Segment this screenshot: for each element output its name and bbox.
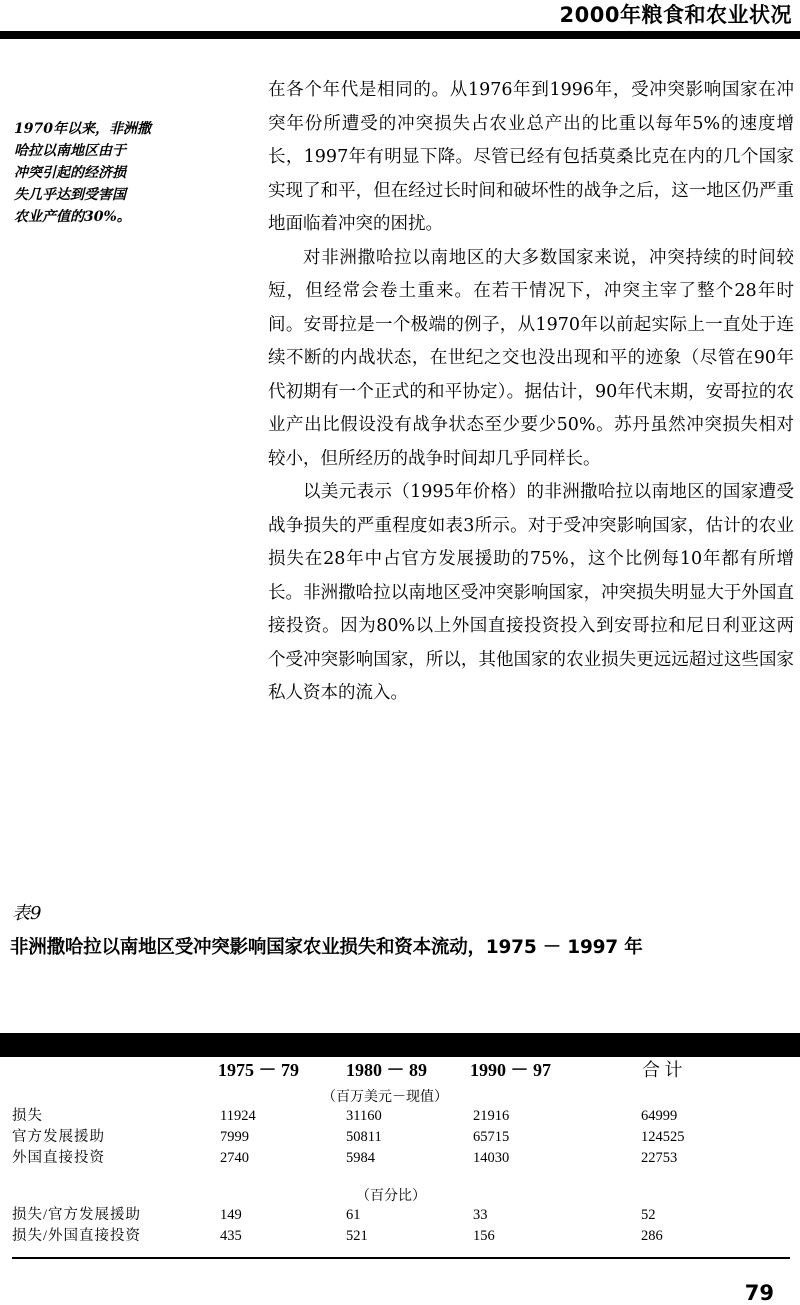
paragraph-2: 对非洲撒哈拉以南地区的大多数国家来说，冲突持续的时间较短，但经常会卷土重来。在若… bbox=[268, 242, 794, 477]
cell: 2740 bbox=[220, 1150, 249, 1166]
table-title: 非洲撒哈拉以南地区受冲突影响国家农业损失和资本流动，1975 － 1997 年 bbox=[10, 934, 800, 962]
cell: 5984 bbox=[346, 1150, 375, 1166]
table-top-bar bbox=[0, 1033, 800, 1057]
cell: 7999 bbox=[220, 1129, 249, 1145]
cell: 33 bbox=[473, 1207, 488, 1223]
cell: 11924 bbox=[220, 1108, 256, 1124]
cell: 149 bbox=[220, 1207, 242, 1223]
cell: 21916 bbox=[473, 1108, 509, 1124]
body-text: 在各个年代是相同的。从1976年到1996年，受冲突影响国家在冲突年份所遭受的冲… bbox=[268, 74, 794, 711]
table-label: 表9 bbox=[12, 902, 41, 926]
cell: 156 bbox=[473, 1228, 495, 1244]
table-bottom-rule bbox=[12, 1257, 790, 1259]
unit-label-values: （百万美元－现值） bbox=[322, 1089, 448, 1107]
row-label: 外国直接投资 bbox=[12, 1150, 105, 1166]
margin-note-line: 农业产值的30%。 bbox=[14, 206, 184, 228]
row-label: 损失/官方发展援助 bbox=[12, 1207, 141, 1223]
column-header: 1980 － 89 bbox=[346, 1059, 427, 1081]
table-row: 损失/官方发展援助 149 61 33 52 bbox=[0, 1207, 800, 1227]
page-number: 79 bbox=[745, 1281, 774, 1305]
row-label: 官方发展援助 bbox=[12, 1129, 105, 1145]
column-header: 1990 － 97 bbox=[470, 1059, 551, 1081]
cell: 22753 bbox=[641, 1150, 677, 1166]
margin-note-line: 1970年以来，非洲撒 bbox=[14, 118, 184, 140]
header-rule bbox=[0, 31, 800, 39]
cell: 65715 bbox=[473, 1129, 509, 1145]
row-label: 损失 bbox=[12, 1108, 43, 1124]
unit-label-ratios: （百分比） bbox=[356, 1188, 426, 1206]
cell: 50811 bbox=[346, 1129, 382, 1145]
cell: 286 bbox=[641, 1228, 663, 1244]
margin-note-line: 失几乎达到受害国 bbox=[14, 184, 184, 206]
running-head: 2000年粮食和农业状况 bbox=[560, 2, 792, 28]
cell: 124525 bbox=[641, 1129, 685, 1145]
cell: 64999 bbox=[641, 1108, 677, 1124]
cell: 521 bbox=[346, 1228, 368, 1244]
table-row: 损失/外国直接投资 435 521 156 286 bbox=[0, 1228, 800, 1248]
cell: 435 bbox=[220, 1228, 242, 1244]
column-header: 合 计 bbox=[642, 1059, 683, 1081]
column-header: 1975 － 79 bbox=[218, 1059, 299, 1081]
cell: 61 bbox=[346, 1207, 361, 1223]
row-label: 损失/外国直接投资 bbox=[12, 1228, 141, 1244]
table-row: 损失 11924 31160 21916 64999 bbox=[0, 1108, 800, 1128]
cell: 31160 bbox=[346, 1108, 382, 1124]
margin-note-line: 哈拉以南地区由于 bbox=[14, 140, 184, 162]
cell: 14030 bbox=[473, 1150, 509, 1166]
table-row: 官方发展援助 7999 50811 65715 124525 bbox=[0, 1129, 800, 1149]
table-row: 外国直接投资 2740 5984 14030 22753 bbox=[0, 1150, 800, 1170]
table-header-row: 1975 － 79 1980 － 89 1990 － 97 合 计 bbox=[0, 1059, 800, 1079]
margin-note: 1970年以来，非洲撒 哈拉以南地区由于 冲突引起的经济损 失几乎达到受害国 农… bbox=[14, 118, 184, 228]
margin-note-line: 冲突引起的经济损 bbox=[14, 162, 184, 184]
paragraph-1: 在各个年代是相同的。从1976年到1996年，受冲突影响国家在冲突年份所遭受的冲… bbox=[268, 74, 794, 242]
cell: 52 bbox=[641, 1207, 656, 1223]
paragraph-3: 以美元表示（1995年价格）的非洲撒哈拉以南地区的国家遭受战争损失的严重程度如表… bbox=[268, 476, 794, 711]
